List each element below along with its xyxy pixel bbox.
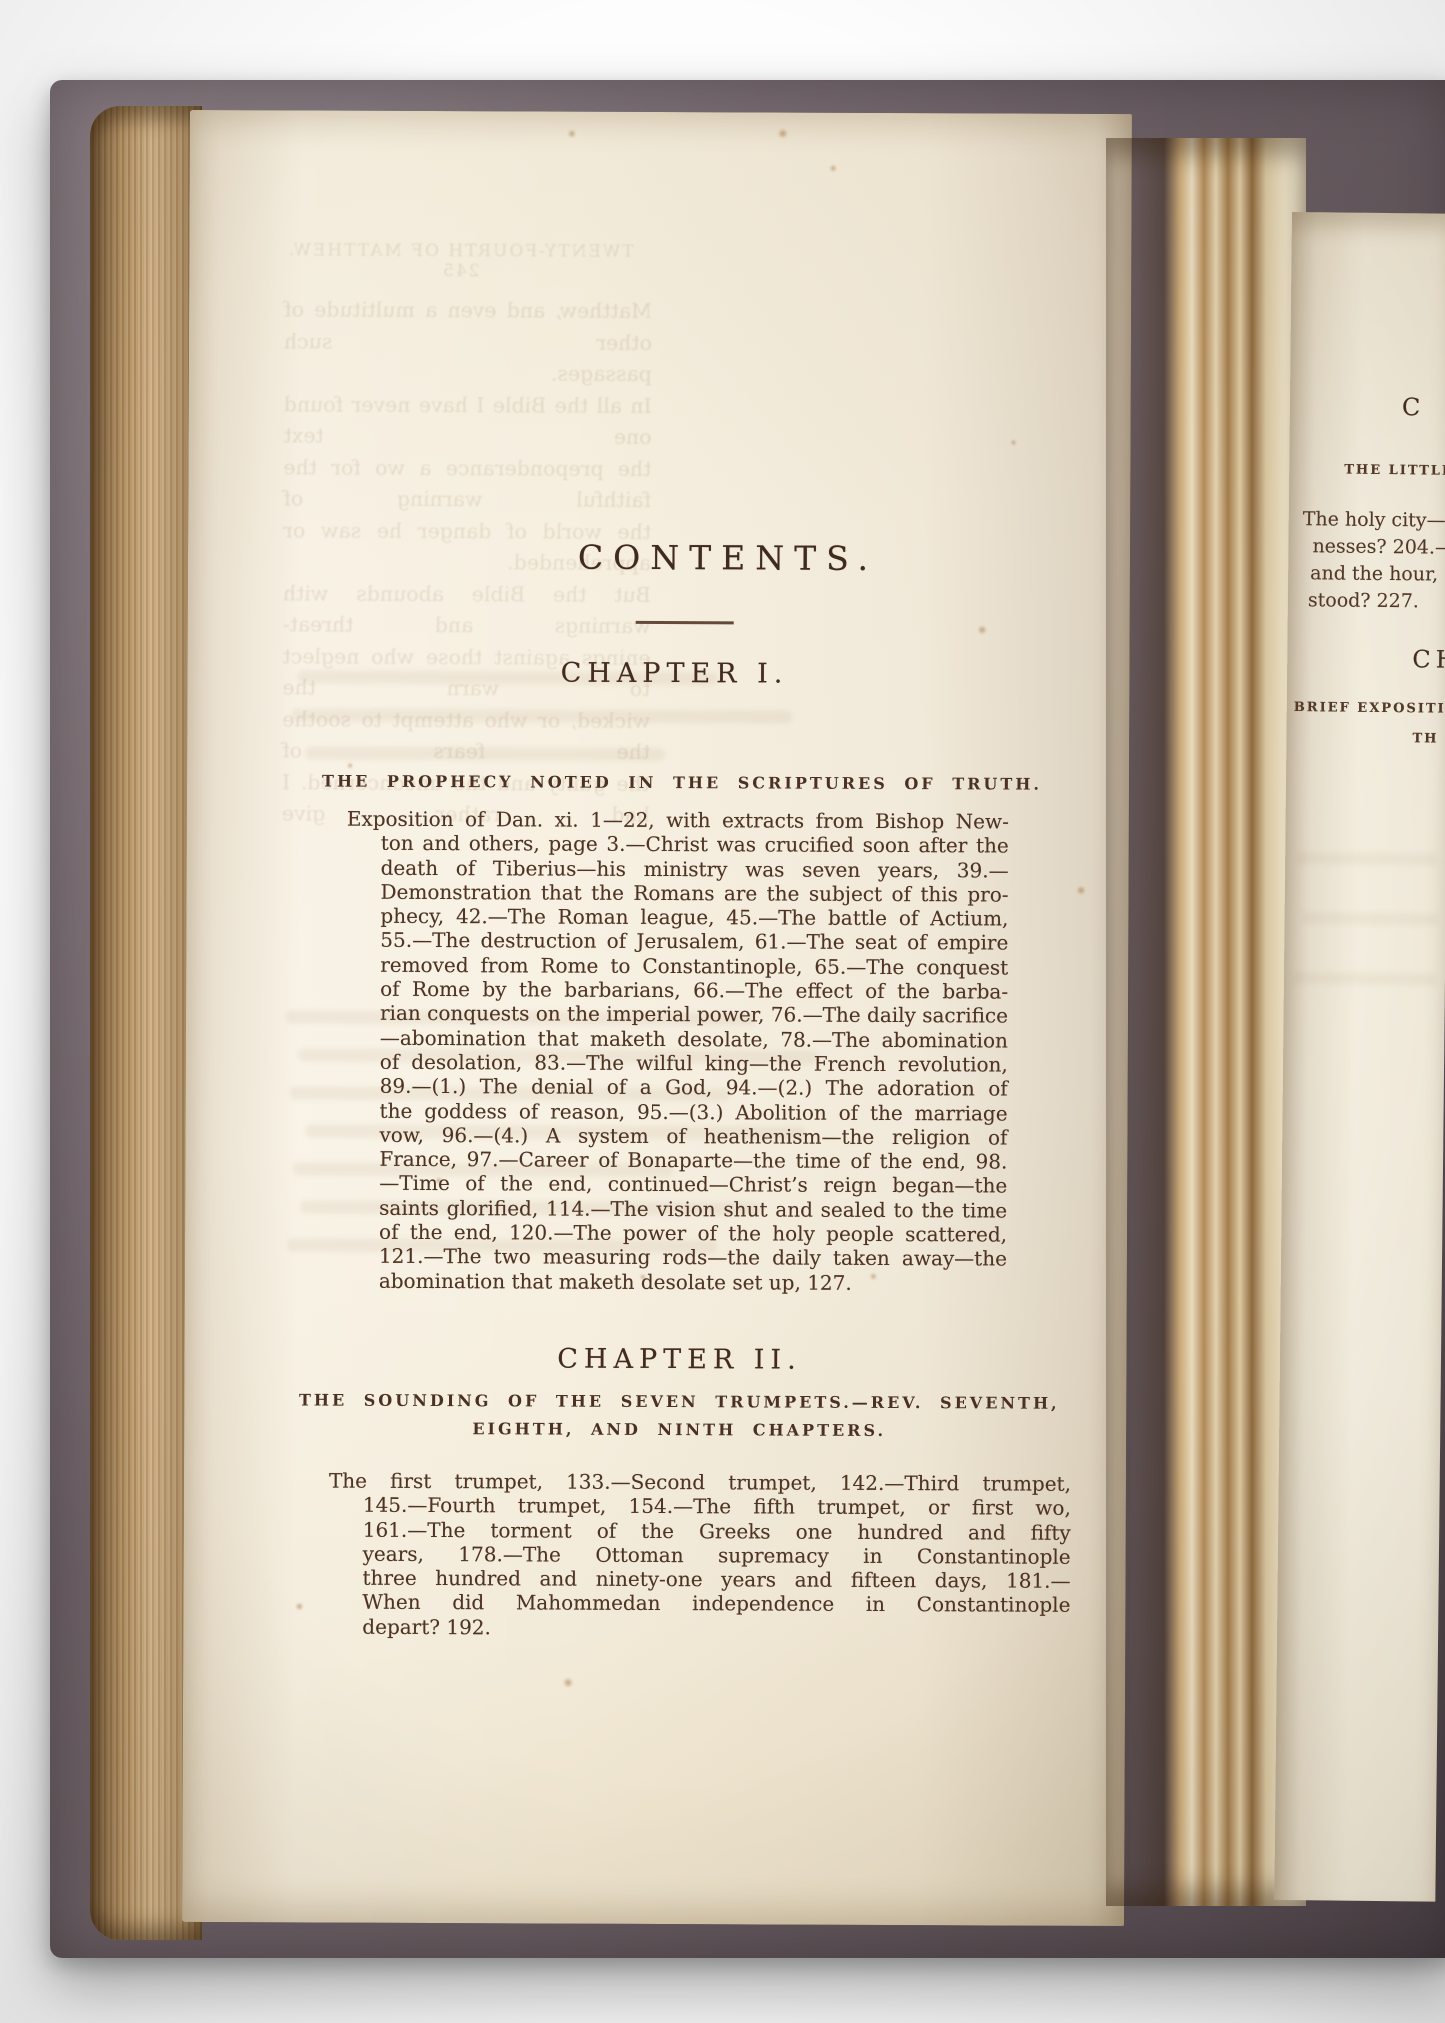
summary-line: Exposition of Dan. xi. 1—22, with extrac… xyxy=(347,807,1009,834)
chapter-3-summary-fragment: and the hour, 226.— xyxy=(1310,562,1445,586)
summary-line: abomination that maketh desolate set up,… xyxy=(345,1268,1007,1295)
chapter-4-subtitle-fragment: TH xyxy=(1412,731,1438,746)
title-rule xyxy=(636,621,734,624)
summary-line: vow, 96.—(4.) A system of heathenism—the… xyxy=(345,1123,1007,1150)
subtitle-line: THE SOUNDING OF THE SEVEN TRUMPETS.—REV.… xyxy=(279,1386,1079,1417)
chapter-3-summary-fragment: stood? 227. xyxy=(1308,589,1419,612)
show-through-line: the preponderance a wo for the faithful … xyxy=(283,452,651,517)
foxing-spot xyxy=(978,625,987,634)
foxing-spot xyxy=(830,165,837,172)
summary-line: saints glorified, 114.—The vision shut a… xyxy=(345,1195,1007,1222)
chapter-1-heading: CHAPTER I. xyxy=(274,656,1074,690)
summary-line: removed from Rome to Constantinople, 65.… xyxy=(346,952,1008,979)
foxing-spot xyxy=(1077,886,1086,895)
show-through-line: But the Bible abounds with warnings and … xyxy=(283,578,651,643)
summary-line: of the end, 120.—The power of the holy p… xyxy=(345,1220,1007,1247)
chapter-1-subtitle: THE PROPHECY NOTED IN THE SCRIPTURES OF … xyxy=(282,767,1082,798)
left-page: TWENTY-FOURTH OF MATTHEW. 245 Matthew, a… xyxy=(182,110,1132,1926)
book-photograph: TWENTY-FOURTH OF MATTHEW. 245 Matthew, a… xyxy=(0,0,1445,2023)
summary-line: 55.—The destruction of Jerusalem, 61.—Th… xyxy=(346,928,1008,955)
show-through-line: passages. xyxy=(284,357,652,390)
chapter-4-subtitle-fragment: BRIEF EXPOSITION O xyxy=(1294,700,1445,717)
summary-line: 89.—(1.) The denial of a God, 94.—(2.) T… xyxy=(346,1074,1008,1101)
chapter-1-summary: Exposition of Dan. xi. 1—22, with extrac… xyxy=(345,807,1009,1296)
chapter-2-heading: CHAPTER II. xyxy=(279,1342,1079,1376)
summary-line: of desolation, 83.—The wilful king—the F… xyxy=(346,1050,1008,1077)
show-through-running-head: TWENTY-FOURTH OF MATTHEW. 245 xyxy=(284,240,636,282)
foxing-spot xyxy=(563,1678,573,1688)
chapter-2-subtitle: THE SOUNDING OF THE SEVEN TRUMPETS.—REV.… xyxy=(279,1386,1079,1445)
chapter-3-summary-fragment: The holy city—forty-t xyxy=(1303,508,1445,532)
left-page-content: TWENTY-FOURTH OF MATTHEW. 245 Matthew, a… xyxy=(182,110,1132,1926)
summary-line: The first trumpet, 133.—Second trumpet, … xyxy=(329,1469,1071,1497)
summary-line: 121.—The two measuring rods—the daily ta… xyxy=(345,1244,1007,1271)
right-page-content: C THE LITTLE BO The holy city—forty-t ne… xyxy=(1274,212,1445,1902)
summary-line: phecy, 42.—The Roman league, 45.—The bat… xyxy=(346,904,1008,931)
chapter-3-heading-fragment: C xyxy=(1402,393,1426,421)
show-through-smudge xyxy=(305,746,665,761)
subtitle-line: THE PROPHECY NOTED IN THE SCRIPTURES OF … xyxy=(282,767,1082,798)
summary-line: depart? 192. xyxy=(328,1614,1070,1642)
show-through-line: Matthew, and even a multitude of other s… xyxy=(284,294,652,359)
foxing-spot xyxy=(295,1602,303,1610)
gutter-page-edges xyxy=(1106,138,1306,1906)
chapter-4-heading-fragment: CH xyxy=(1412,645,1445,674)
summary-line: of Rome by the barbarians, 66.—The effec… xyxy=(346,977,1008,1004)
show-through-smudge xyxy=(1303,912,1438,925)
foxing-spot xyxy=(568,130,576,138)
summary-line: the goddess of reason, 95.—(3.) Abolitio… xyxy=(346,1098,1008,1125)
chapter-2-summary: The first trumpet, 133.—Second trumpet, … xyxy=(328,1469,1071,1642)
summary-line: Demonstration that the Romans are the su… xyxy=(346,880,1008,907)
right-page: C THE LITTLE BO The holy city—forty-t ne… xyxy=(1274,212,1445,1902)
summary-line: When did Mahommedan independence in Cons… xyxy=(328,1590,1070,1618)
summary-line: three hundred and ninety-one years and f… xyxy=(329,1566,1071,1594)
summary-line: —abomination that maketh desolate, 78.—T… xyxy=(346,1025,1008,1052)
summary-line: rian conquests on the imperial power, 76… xyxy=(346,1001,1008,1028)
summary-line: ton and others, page 3.—Christ was cruci… xyxy=(347,831,1009,858)
chapter-3-summary-fragment: nesses? 204.—Third xyxy=(1312,535,1445,559)
show-through-smudge xyxy=(292,708,792,723)
chapter-3-subtitle-fragment: THE LITTLE BO xyxy=(1344,463,1445,479)
summary-line: years, 178.—The Ottoman supremacy in Con… xyxy=(329,1541,1071,1569)
foxing-spot xyxy=(778,129,788,139)
summary-line: —Time of the end, continued—Christ’s rei… xyxy=(345,1171,1007,1198)
show-through-line: In all the Bible I have never found one … xyxy=(283,389,651,454)
contents-title: CONTENTS. xyxy=(328,537,1128,579)
summary-line: death of Tiberius—his ministry was seven… xyxy=(347,855,1009,882)
show-through-smudge xyxy=(1294,972,1436,985)
summary-line: France, 97.—Career of Bonaparte—the time… xyxy=(345,1147,1007,1174)
summary-line: 161.—The torment of the Greeks one hundr… xyxy=(329,1517,1071,1545)
show-through-smudge xyxy=(1297,852,1437,865)
summary-line: 145.—Fourth trumpet, 154.—The fifth trum… xyxy=(329,1493,1071,1521)
foxing-spot xyxy=(1011,440,1017,446)
subtitle-line: EIGHTH, AND NINTH CHAPTERS. xyxy=(279,1414,1079,1445)
